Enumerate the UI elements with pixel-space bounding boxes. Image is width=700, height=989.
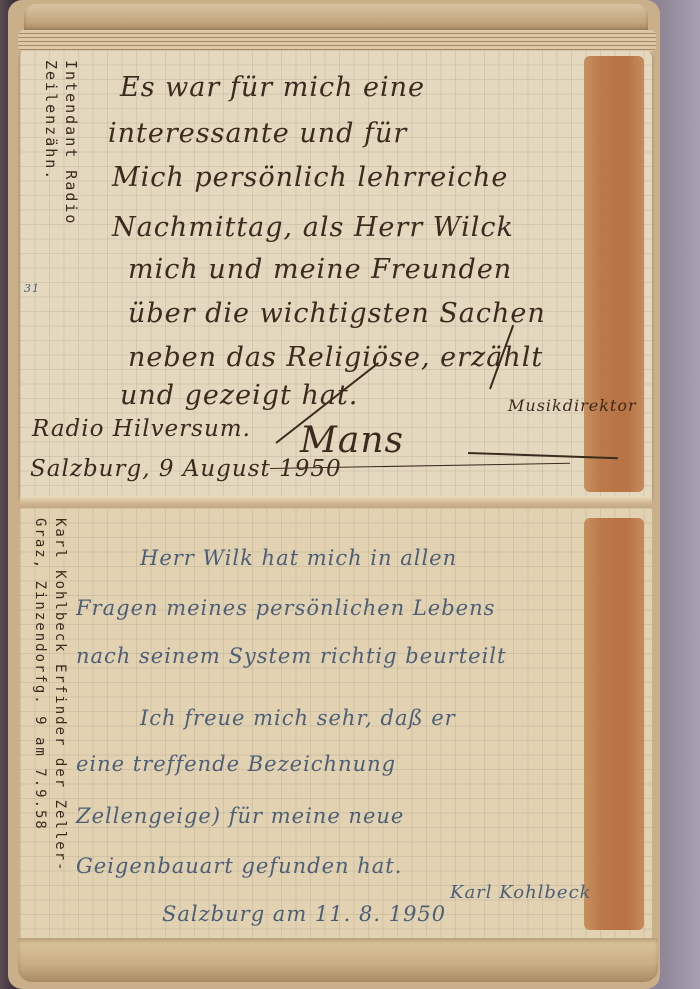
body-line: Herr Wilk hat mich in allen: [140, 546, 457, 570]
body-line: Zellengeige) für meine neue: [76, 804, 404, 828]
page-mark: 31: [24, 282, 40, 295]
body-line: eine treffende Bezeichnung: [76, 752, 396, 776]
body-line: Nachmittag, als Herr Wilck: [112, 212, 514, 243]
notebook-bottom-edge: [18, 938, 658, 982]
title-note: Musikdirektor: [508, 396, 637, 415]
body-line: neben das Religiöse, erzählt: [128, 342, 543, 373]
body-line: interessante und für: [108, 118, 407, 149]
body-line: nach seinem System richtig beurteilt: [76, 644, 506, 668]
bottom-page: Karl Kohlbeck Erfinder der Zeller- Graz,…: [20, 508, 652, 940]
body-line: Ich freue mich sehr, daß er: [140, 706, 456, 730]
margin-note-line2: Zeilenzähn.: [42, 60, 60, 181]
affiliation: Radio Hilversum.: [32, 416, 251, 442]
top-page: Intendant Radio Zeilenzähn. 31 Es war fü…: [20, 50, 652, 498]
body-line: Fragen meines persönlichen Lebens: [76, 596, 495, 620]
body-line: Es war für mich eine: [120, 72, 425, 103]
place-date: Salzburg, 9 August 1950: [30, 456, 342, 482]
margin-note-line1: Intendant Radio: [62, 60, 80, 225]
rust-stain: [584, 518, 644, 930]
signature: Karl Kohlbeck: [450, 882, 592, 903]
signature: Mans: [300, 420, 404, 461]
body-line: über die wichtigsten Sachen: [128, 298, 546, 329]
margin-note-line1: Karl Kohlbeck Erfinder der Zeller-: [52, 518, 68, 873]
margin-note-line2: Graz, Zinzendorfg. 9 am 7.9.58: [32, 518, 48, 831]
body-line: Mich persönlich lehrreiche: [112, 162, 508, 193]
page-stack: [18, 30, 656, 52]
rust-stain: [584, 56, 644, 492]
body-line: Geigenbauart gefunden hat.: [76, 854, 402, 878]
body-line: mich und meine Freunden: [128, 254, 512, 285]
place-date: Salzburg am 11. 8. 1950: [162, 902, 446, 926]
